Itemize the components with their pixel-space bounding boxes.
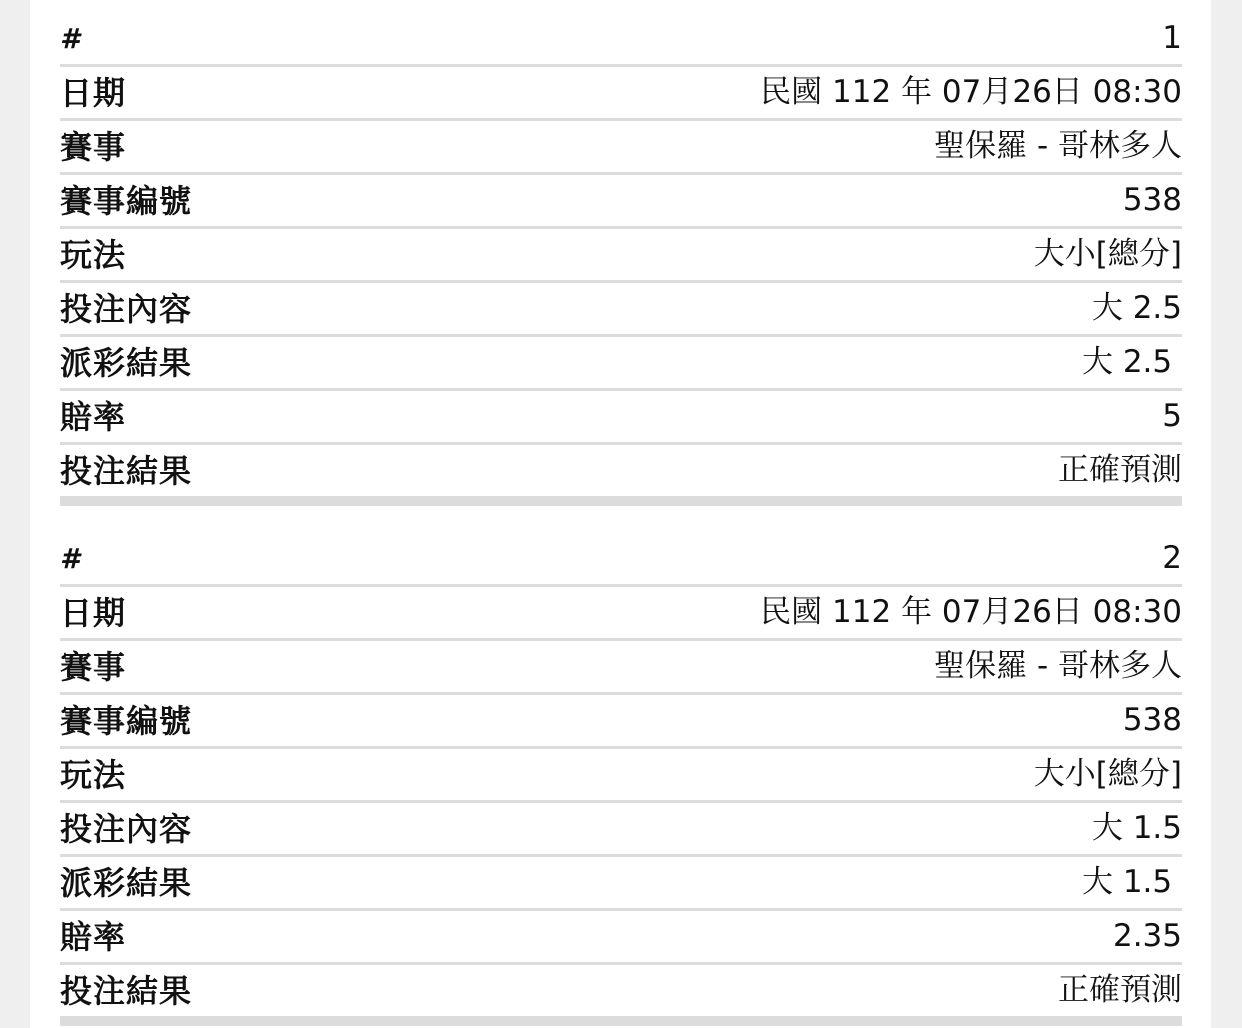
index-value: 2	[1162, 543, 1182, 574]
match-id-value: 538	[1123, 185, 1182, 216]
play-type-value: 大小[總分]	[1034, 239, 1182, 270]
bet-result-label: 投注結果	[60, 975, 192, 1007]
row-index: #2	[60, 533, 1182, 587]
index-label: #	[60, 545, 80, 573]
bet-history-card: #1 日期民國 112 年 07月26日 08:30 賽事聖保羅 - 哥林多人 …	[30, 0, 1211, 1028]
bet-record-1: #1 日期民國 112 年 07月26日 08:30 賽事聖保羅 - 哥林多人 …	[60, 13, 1182, 506]
bet-content-value: 大 1.5	[1092, 813, 1182, 844]
payout-result-label: 派彩結果	[60, 347, 192, 379]
date-value: 民國 112 年 07月26日 08:30	[760, 597, 1182, 628]
odds-value: 5	[1162, 401, 1182, 432]
bet-result-value: 正確預測	[1058, 975, 1182, 1006]
match-label: 賽事	[60, 651, 126, 683]
payout-result-label: 派彩結果	[60, 867, 192, 899]
bet-result-value: 正確預測	[1058, 455, 1182, 486]
bet-record-2: #2 日期民國 112 年 07月26日 08:30 賽事聖保羅 - 哥林多人 …	[60, 533, 1182, 1026]
payout-result-value: 大 1.5	[1082, 867, 1182, 898]
row-date: 日期民國 112 年 07月26日 08:30	[60, 587, 1182, 641]
index-label: #	[60, 25, 80, 53]
date-label: 日期	[60, 597, 126, 629]
match-id-label: 賽事編號	[60, 705, 192, 737]
play-type-value: 大小[總分]	[1034, 759, 1182, 790]
play-type-label: 玩法	[60, 239, 126, 271]
index-value: 1	[1162, 23, 1182, 54]
row-play-type: 玩法大小[總分]	[60, 749, 1182, 803]
row-play-type: 玩法大小[總分]	[60, 229, 1182, 283]
odds-label: 賠率	[60, 921, 126, 953]
play-type-label: 玩法	[60, 759, 126, 791]
row-match: 賽事聖保羅 - 哥林多人	[60, 641, 1182, 695]
row-payout-result: 派彩結果大 1.5	[60, 857, 1182, 911]
date-label: 日期	[60, 77, 126, 109]
match-value: 聖保羅 - 哥林多人	[934, 651, 1182, 682]
row-match: 賽事聖保羅 - 哥林多人	[60, 121, 1182, 175]
match-id-value: 538	[1123, 705, 1182, 736]
row-bet-content: 投注內容大 1.5	[60, 803, 1182, 857]
row-payout-result: 派彩結果大 2.5	[60, 337, 1182, 391]
row-odds: 賠率2.35	[60, 911, 1182, 965]
row-match-id: 賽事編號538	[60, 695, 1182, 749]
row-bet-content: 投注內容大 2.5	[60, 283, 1182, 337]
row-bet-result: 投注結果正確預測	[60, 445, 1182, 506]
odds-value: 2.35	[1113, 921, 1182, 952]
bet-result-label: 投注結果	[60, 455, 192, 487]
row-bet-result: 投注結果正確預測	[60, 965, 1182, 1026]
row-match-id: 賽事編號538	[60, 175, 1182, 229]
row-odds: 賠率5	[60, 391, 1182, 445]
bet-content-value: 大 2.5	[1092, 293, 1182, 324]
payout-result-value: 大 2.5	[1082, 347, 1182, 378]
match-label: 賽事	[60, 131, 126, 163]
odds-label: 賠率	[60, 401, 126, 433]
row-index: #1	[60, 13, 1182, 67]
match-id-label: 賽事編號	[60, 185, 192, 217]
bet-content-label: 投注內容	[60, 813, 192, 845]
row-date: 日期民國 112 年 07月26日 08:30	[60, 67, 1182, 121]
date-value: 民國 112 年 07月26日 08:30	[760, 77, 1182, 108]
bet-content-label: 投注內容	[60, 293, 192, 325]
match-value: 聖保羅 - 哥林多人	[934, 131, 1182, 162]
